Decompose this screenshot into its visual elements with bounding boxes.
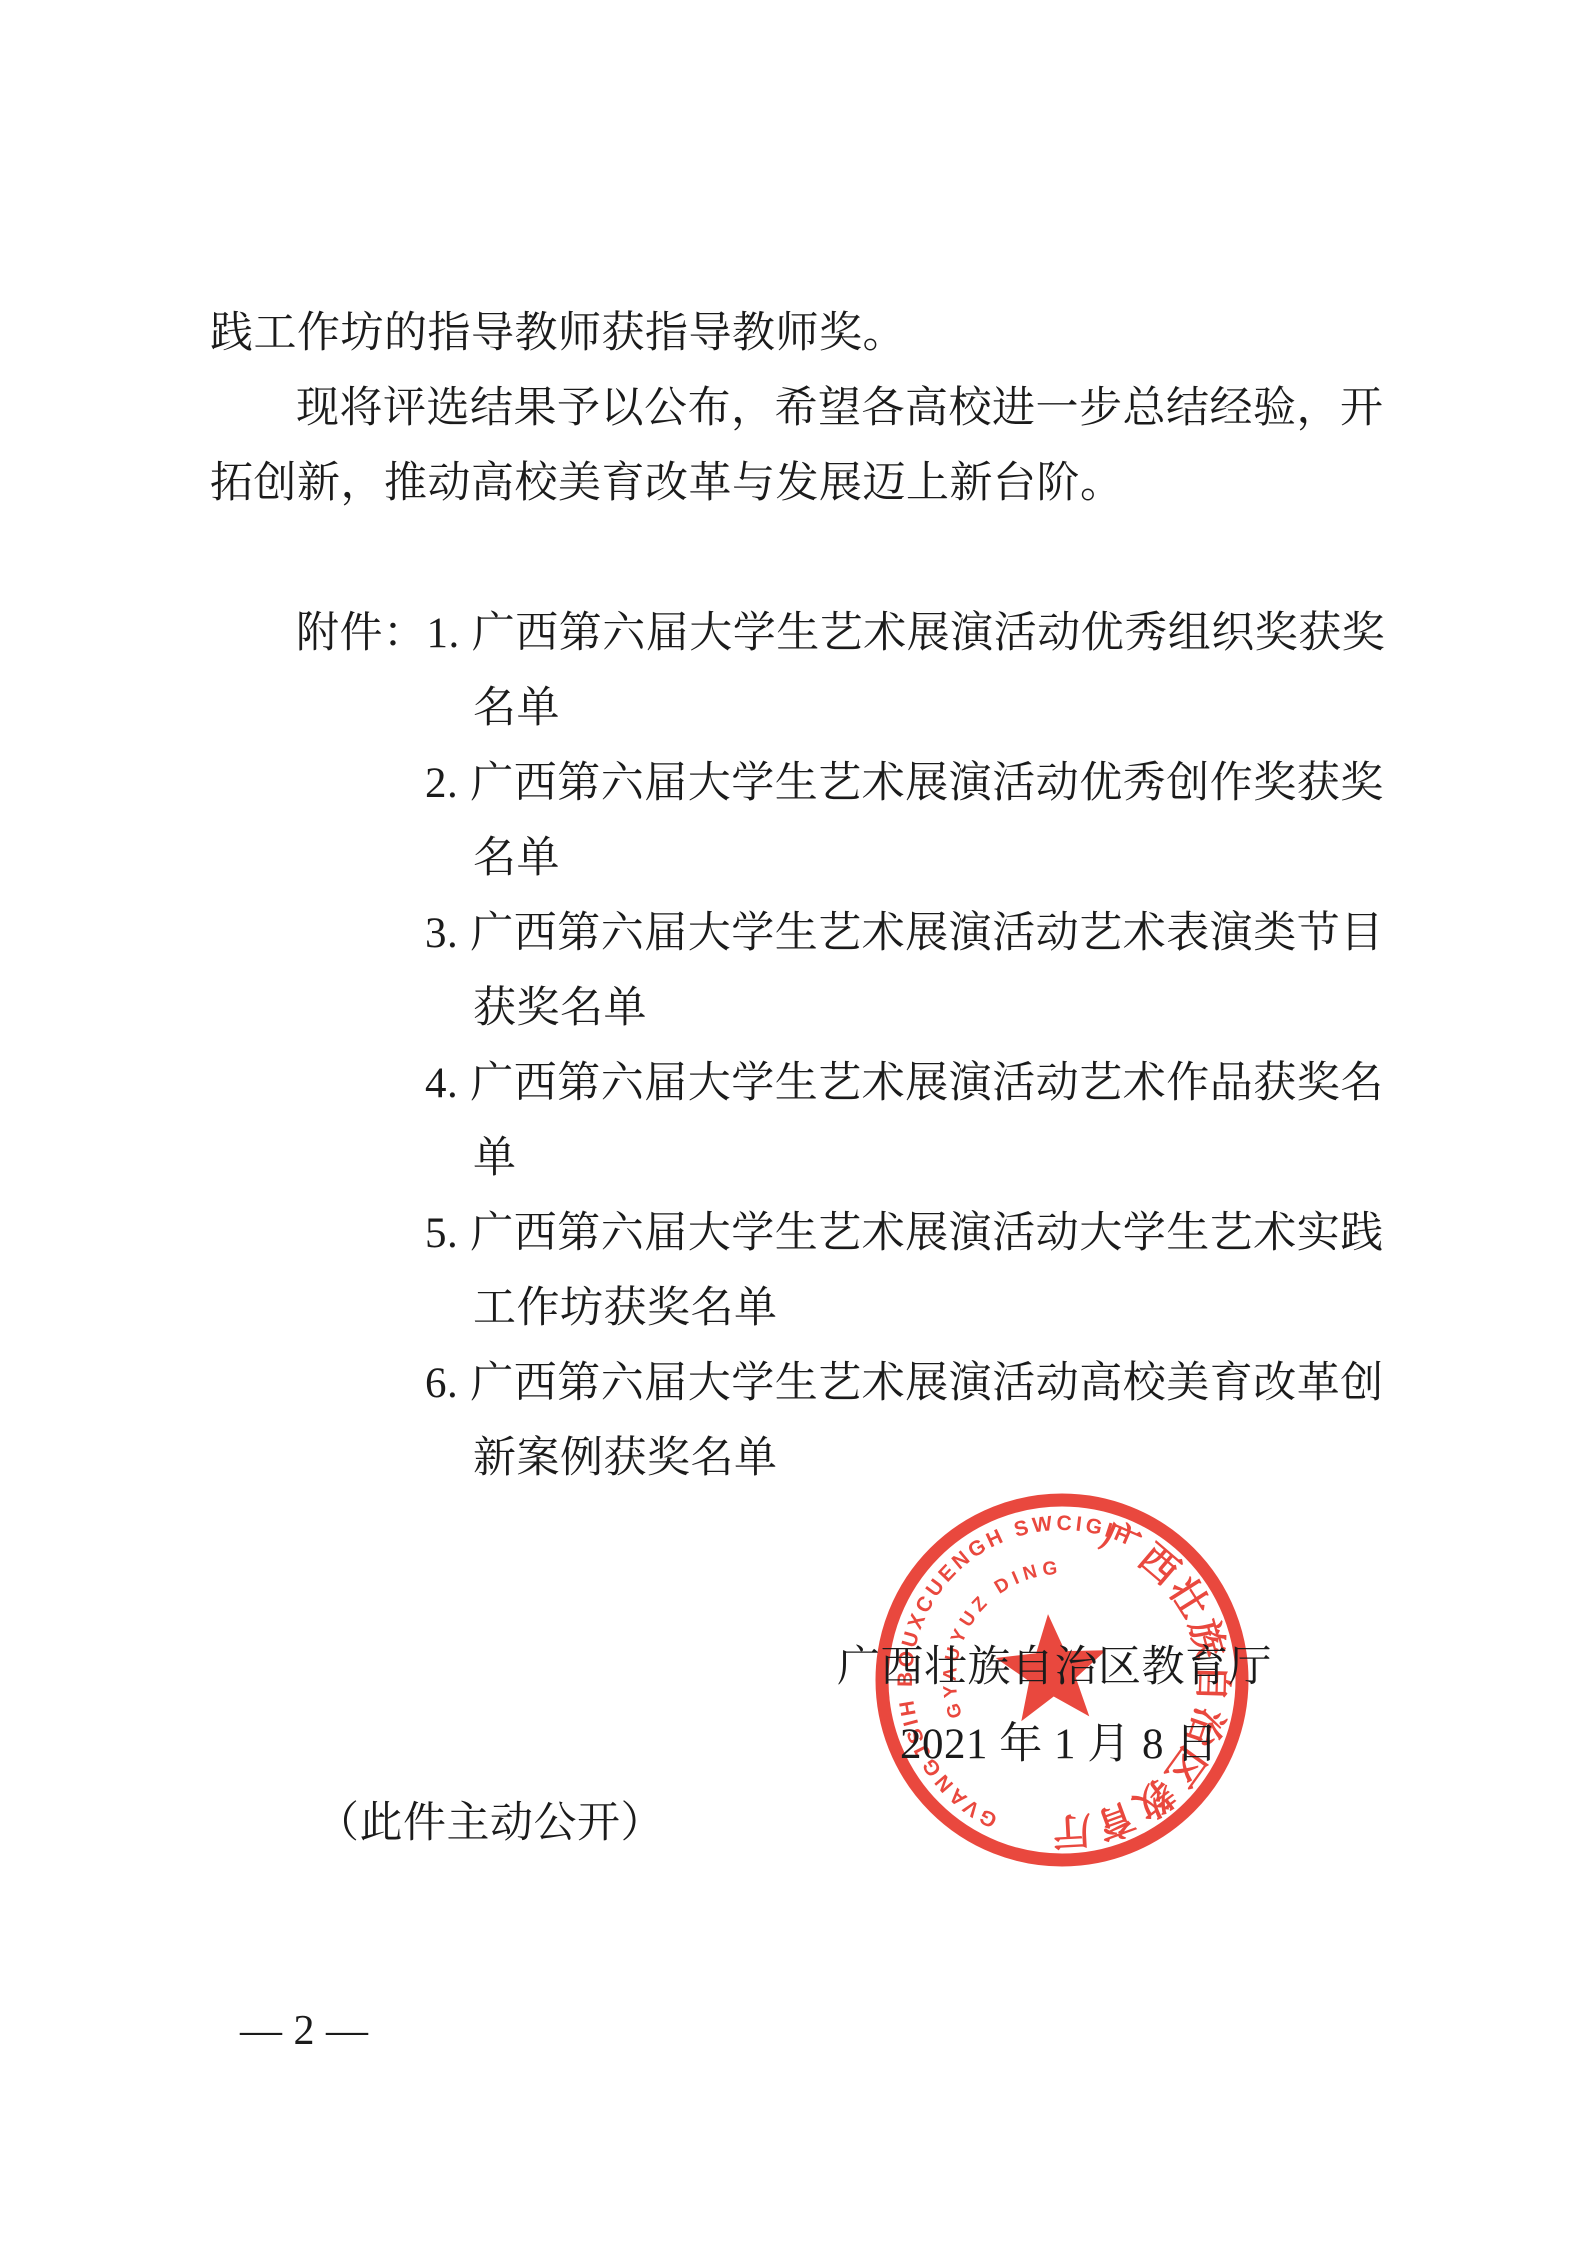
attachment-item-number: 4. [425,1061,458,1107]
attachment-item: 5.广西第六届大学生艺术展演活动大学生艺术实践 [425,1211,1384,1257]
attachment-item: 附件：1.广西第六届大学生艺术展演活动优秀组织奖获奖 [296,611,1385,657]
attachment-item-continuation: 名单 [473,836,560,882]
attachment-item-continuation: 获奖名单 [473,986,647,1032]
attachment-item-number: 3. [425,911,458,957]
body-line-paragraph-end: 拓创新，推动高校美育改革与发展迈上新台阶。 [210,461,1124,507]
page-number: — 2 — [240,2008,369,2054]
document-page: 践工作坊的指导教师获指导教师奖。 现将评选结果予以公布，希望各高校进一步总结经验… [0,0,1587,2245]
disclosure-note: （此件主动公开） [316,1801,664,1847]
attachment-item-number: 5. [425,1211,458,1257]
body-line-continuation: 践工作坊的指导教师获指导教师奖。 [210,311,906,357]
attachment-item: 6.广西第六届大学生艺术展演活动高校美育改革创 [425,1361,1384,1407]
attachment-item: 4.广西第六届大学生艺术展演活动艺术作品获奖名 [425,1061,1384,1107]
attachment-item: 2.广西第六届大学生艺术展演活动优秀创作奖获奖 [425,761,1384,807]
attachment-item-continuation: 单 [473,1136,517,1182]
attachment-item-text: 广西第六届大学生艺术展演活动高校美育改革创 [470,1361,1384,1407]
attachment-item-number: 6. [425,1361,458,1407]
attachment-item-number: 1. [427,611,460,657]
signature-date: 2021 年 1 月 8 日 [900,1722,1219,1768]
attachment-item-text: 广西第六届大学生艺术展演活动艺术作品获奖名 [470,1061,1384,1107]
attachment-item-text: 广西第六届大学生艺术展演活动艺术表演类节目 [470,911,1384,957]
attachment-item: 3.广西第六届大学生艺术展演活动艺术表演类节目 [425,911,1384,957]
signature-org: 广西壮族自治区教育厅 [837,1645,1272,1691]
attachment-item-number: 2. [425,761,458,807]
body-line-paragraph-start: 现将评选结果予以公布，希望各高校进一步总结经验，开 [296,386,1384,432]
attachment-item-text: 广西第六届大学生艺术展演活动优秀创作奖获奖 [470,761,1384,807]
attachment-item-text: 广西第六届大学生艺术展演活动大学生艺术实践 [470,1211,1384,1257]
attachment-item-continuation: 工作坊获奖名单 [473,1286,778,1332]
attachment-item-text: 广西第六届大学生艺术展演活动优秀组织奖获奖 [472,611,1386,657]
attachment-item-continuation: 新案例获奖名单 [473,1436,778,1482]
attachment-label: 附件： [296,611,427,657]
attachment-item-continuation: 名单 [473,686,560,732]
